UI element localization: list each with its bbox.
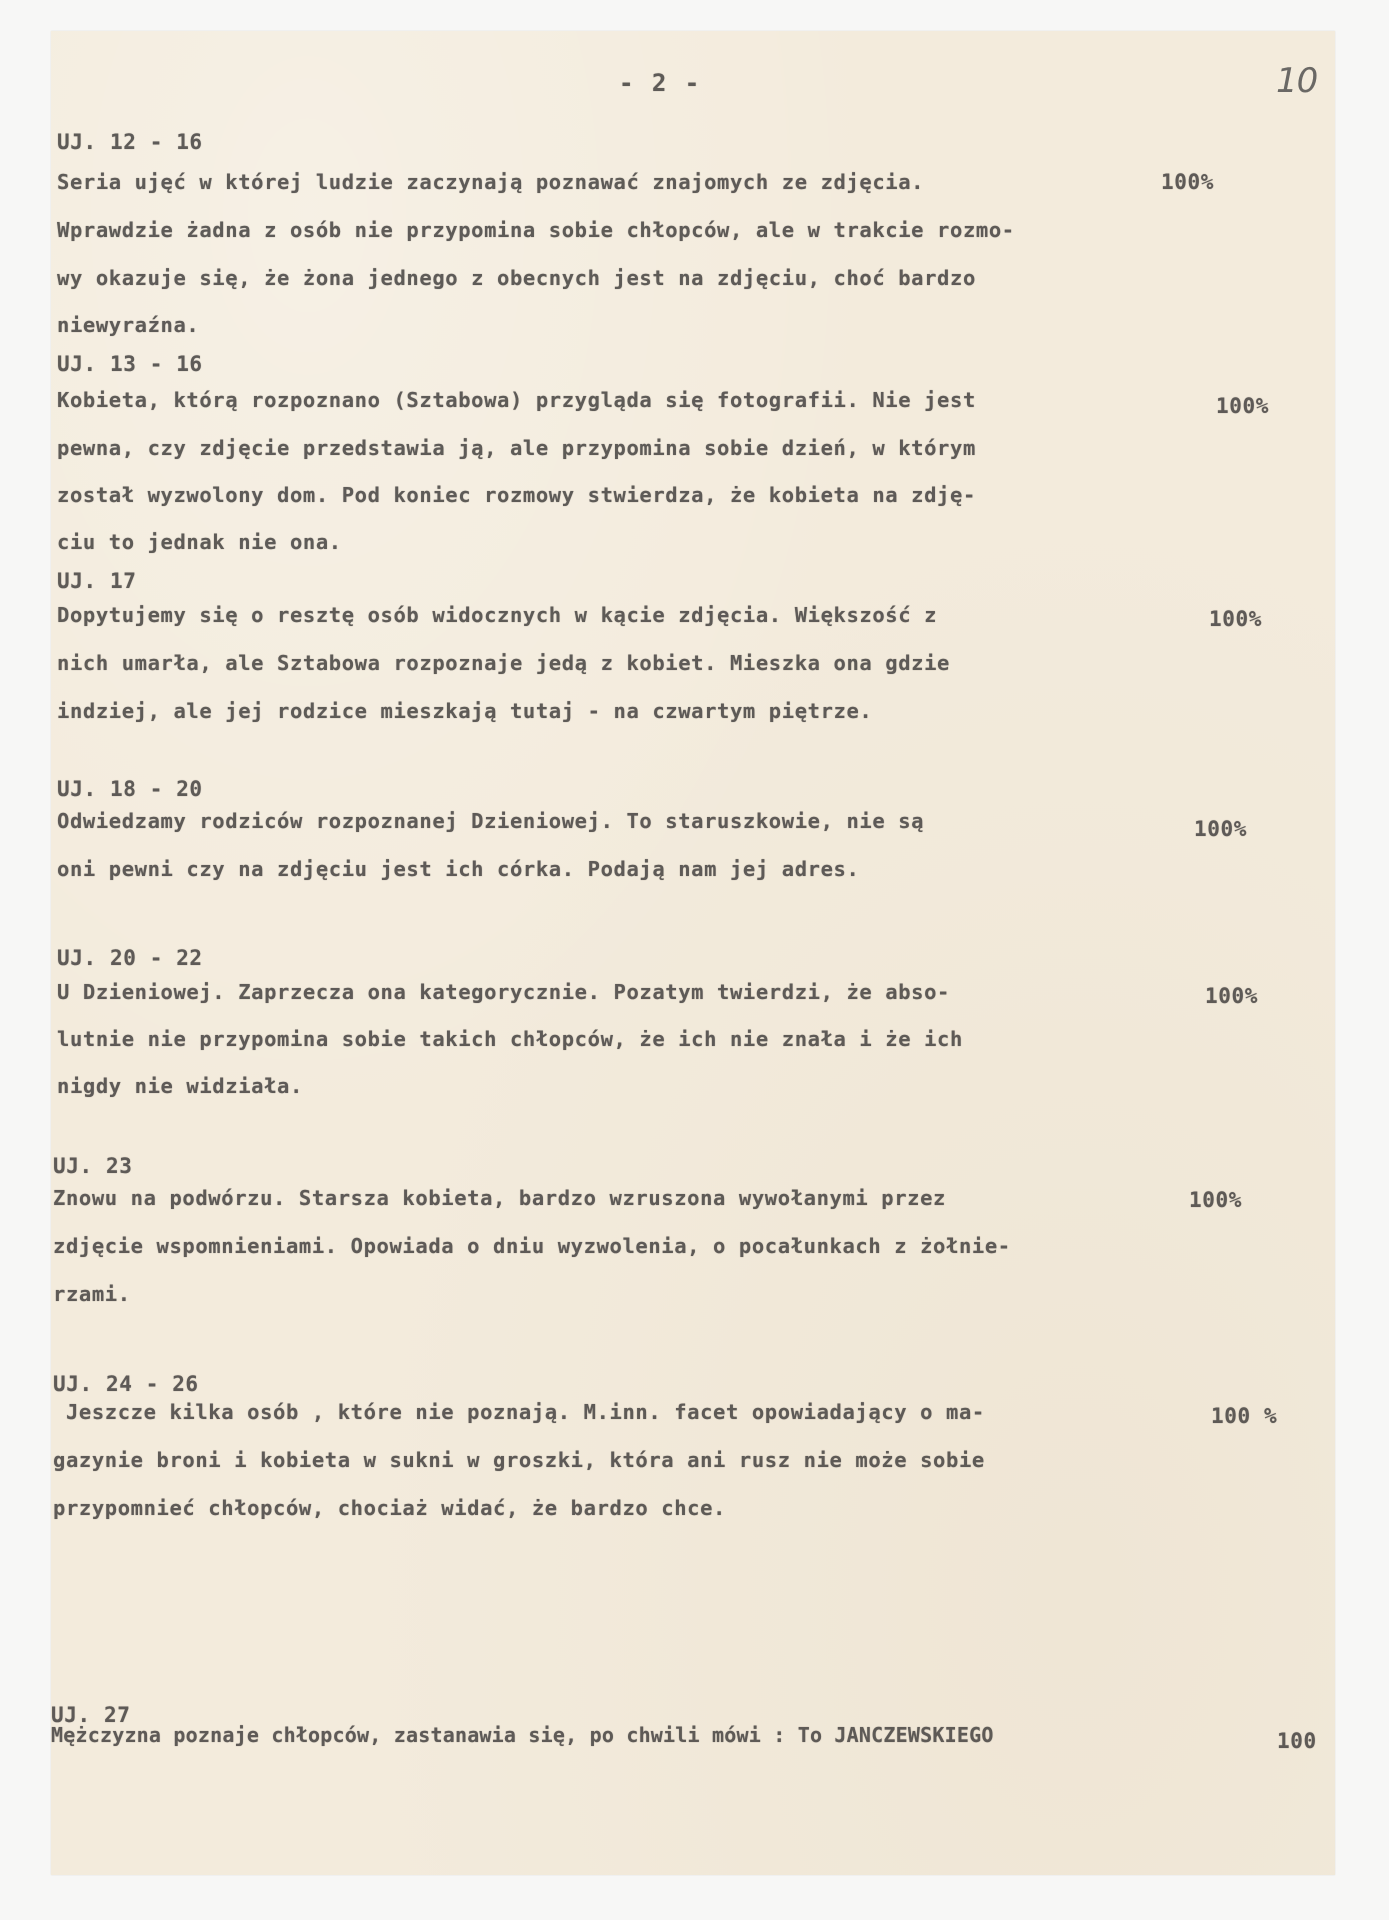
entry-line: nigdy nie widziała. <box>57 1074 303 1098</box>
entry-line: został wyzwolony dom. Pod koniec rozmowy… <box>57 483 976 507</box>
entry-line: Seria ujęć w której ludzie zaczynają poz… <box>57 170 924 194</box>
entry-heading: UJ. 24 - 26 <box>53 1372 199 1396</box>
entry-percentage: 100% <box>1216 394 1269 418</box>
entry-heading: UJ. 20 - 22 <box>57 946 203 970</box>
entry-heading: UJ. 13 - 16 <box>57 352 203 376</box>
document-page: - 2 - 10 UJ. 12 - 16 Seria ujęć w której… <box>51 31 1335 1875</box>
entry-line: zdjęcie wspomnieniami. Opowiada o dniu w… <box>53 1234 1011 1258</box>
entry-line: indziej, ale jej rodzice mieszkają tutaj… <box>57 699 872 723</box>
entry-line: Dopytujemy się o resztę osób widocznych … <box>57 603 937 627</box>
entry-line: Kobieta, którą rozpoznano (Sztabowa) prz… <box>57 388 976 412</box>
entry-line: Jeszcze kilka osób , które nie poznają. … <box>53 1400 985 1424</box>
entry-line: lutnie nie przypomina sobie takich chłop… <box>57 1027 963 1051</box>
entry-line: ciu to jednak nie ona. <box>57 530 342 554</box>
entry-line: U Dzieniowej. Zaprzecza ona kategoryczni… <box>57 980 950 1004</box>
entry-percentage: 100% <box>1189 1188 1242 1212</box>
entry-line: wy okazuje się, że żona jednego z obecny… <box>57 266 976 290</box>
entry-percentage: 100 % <box>1211 1404 1277 1428</box>
entry-line: rzami. <box>53 1282 131 1306</box>
entry-percentage: 100% <box>1161 170 1214 194</box>
entry-line: Mężczyzna poznaje chłopców, zastanawia s… <box>51 1723 994 1747</box>
entry-line: Znowu na podwórzu. Starsza kobieta, bard… <box>53 1186 946 1210</box>
page-number: - 2 - <box>619 69 701 97</box>
entry-percentage: 100% <box>1209 607 1262 631</box>
entry-line: nich umarła, ale Sztabowa rozpoznaje jed… <box>57 651 950 675</box>
entry-line: oni pewni czy na zdjęciu jest ich córka.… <box>57 857 859 881</box>
entry-line: Wprawdzie żadna z osób nie przypomina so… <box>57 218 1015 242</box>
entry-heading: UJ. 18 - 20 <box>57 777 203 801</box>
entry-percentage: 100% <box>1205 984 1258 1008</box>
entry-percentage: 100% <box>1194 817 1247 841</box>
entry-heading: UJ. 23 <box>53 1154 132 1178</box>
handwritten-archive-number: 10 <box>1276 61 1317 101</box>
entry-line: przypomnieć chłopców, chociaż widać, że … <box>53 1496 726 1520</box>
entry-heading: UJ. 12 - 16 <box>57 130 203 154</box>
entry-heading: UJ. 17 <box>57 569 136 593</box>
entry-line: pewna, czy zdjęcie przedstawia ją, ale p… <box>57 436 976 460</box>
entry-percentage: 100 <box>1277 1729 1317 1753</box>
entry-line: Odwiedzamy rodziców rozpoznanej Dzieniow… <box>57 809 924 833</box>
entry-line: gazynie broni i kobieta w sukni w groszk… <box>53 1448 985 1472</box>
entry-line: niewyraźna. <box>57 313 199 337</box>
